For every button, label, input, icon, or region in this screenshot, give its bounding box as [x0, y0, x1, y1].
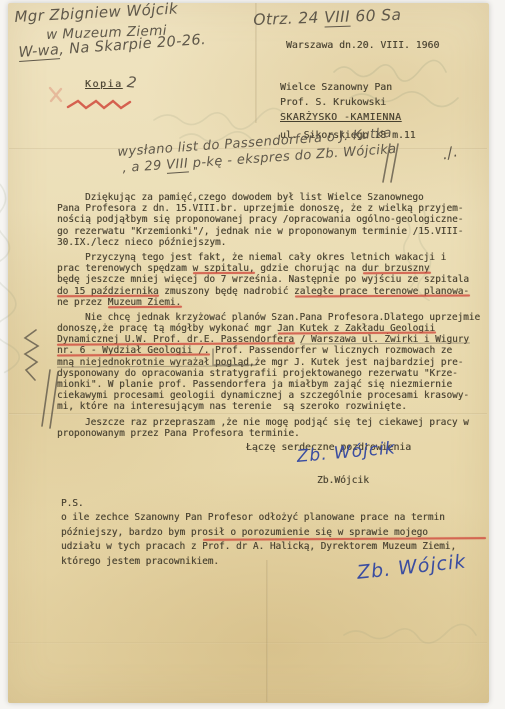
underlined-city: W-wa — [18, 42, 60, 62]
body-line: będę jeszcze mniej więcej do 7 września.… — [57, 274, 481, 285]
body-line: Dziękując za pamięć,czego dowodem był li… — [57, 192, 481, 203]
faint-red-x-mark — [48, 86, 64, 104]
ps-line: o ile zechce Szanowny Pan Profesor odłoż… — [61, 511, 491, 525]
body-line: mionki". W planie prof. Passendorfera ja… — [57, 379, 481, 390]
kopia-pencil-mark: 2 — [126, 73, 138, 92]
recipient-salutation: Wielce Szanowny Pan — [280, 80, 416, 95]
body-line: Nie chcę jednak krzyżować planów Szan.Pa… — [57, 312, 481, 323]
margin-double-line-mark — [38, 368, 60, 430]
body-lines: Dziękując za pamięć,czego dowodem był li… — [57, 192, 481, 439]
copy-label: Kopia — [85, 79, 123, 90]
body-line: 30.IX./lecz nieco późniejszym. — [57, 237, 481, 248]
body-line: mi, które na interesującym nas terenie s… — [57, 401, 481, 412]
double-stroke-mark — [381, 142, 401, 184]
body-line: proponowanym przez Pana Profesora termin… — [57, 428, 481, 439]
place-date: Warszawa dn.20. VIII. 1960 — [286, 40, 439, 51]
recipient-name: Prof. S. Krukowski — [280, 95, 416, 110]
scan-background: Mgr Zbigniew Wójcik w Muzeum Ziemi W-wa,… — [0, 0, 505, 709]
red-squiggle-mark — [66, 97, 138, 113]
recipient-city: SKARŻYSKO -KAMIENNA — [280, 110, 416, 125]
bleed-through-mark — [340, 625, 490, 655]
inline-bracket-mark — [210, 347, 260, 369]
ps-line: udziału w tych pracach z Prof. dr A. Hal… — [61, 540, 491, 554]
scanned-letter-page: { "colors":{ "typewriter":"#46402f", "pe… — [0, 0, 505, 709]
body-line: Przyczyną tego jest fakt, że niemal cały… — [57, 252, 481, 263]
body-line: Jeszcze raz przepraszam ,że nie mogę pod… — [57, 417, 481, 428]
body-line: go rezerwatu "Krzemionki"/, jednak nie w… — [57, 226, 481, 237]
fold-crease — [266, 560, 268, 702]
body-line: dysponowany do opracowania stratygrafii … — [57, 368, 481, 379]
typed-signature: Zb.Wójcik — [317, 475, 369, 486]
body-line: ciekawymi procesami geologii dynamicznej… — [57, 390, 481, 401]
red-underline-mark — [108, 306, 182, 308]
body-line: Pana Profesora z dn. 15.VIII.br. uprzejm… — [57, 203, 481, 214]
body-line: nością podjąłbym się proponowanej pracy … — [57, 214, 481, 225]
ps-label: P.S. — [61, 497, 491, 511]
